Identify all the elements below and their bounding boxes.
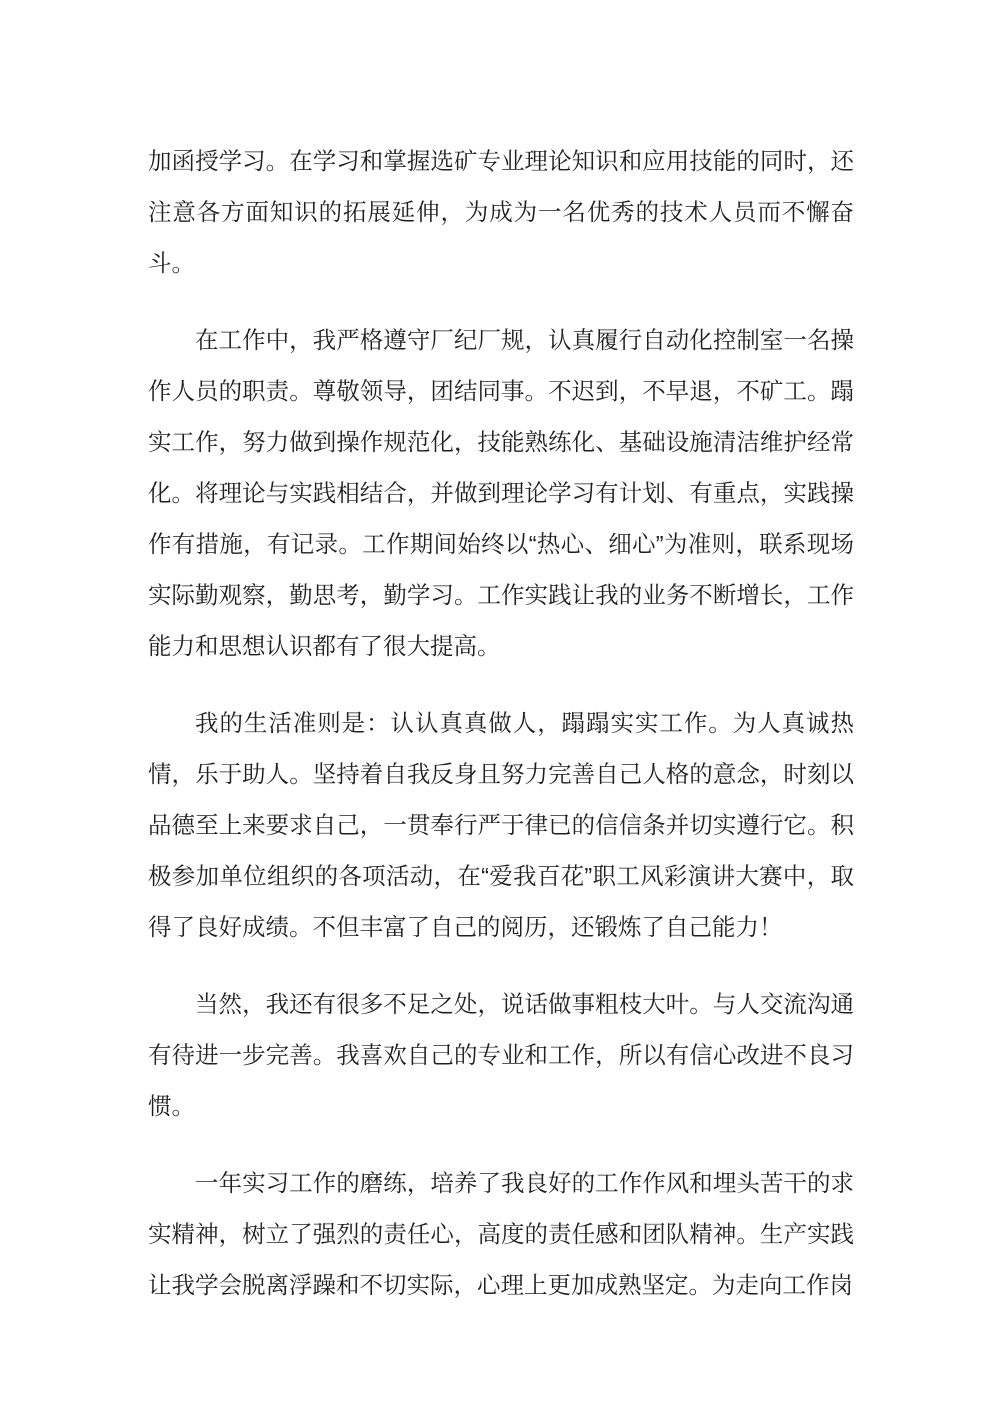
paragraph-1-continuation: 加函授学习。在学习和掌握选矿专业理论知识和应用技能的同时，还注意各方面知识的拓展…: [148, 136, 854, 289]
paragraph-4-shortcomings: 当然，我还有很多不足之处，说话做事粗枝大叶。与人交流沟通有待进一步完善。我喜欢自…: [148, 979, 854, 1132]
document-page: 加函授学习。在学习和掌握选矿专业理论知识和应用技能的同时，还注意各方面知识的拓展…: [0, 0, 1000, 1415]
document-content: 加函授学习。在学习和掌握选矿专业理论知识和应用技能的同时，还注意各方面知识的拓展…: [148, 136, 854, 1311]
paragraph-2-work-attitude: 在工作中，我严格遵守厂纪厂规，认真履行自动化控制室一名操作人员的职责。尊敬领导，…: [148, 315, 854, 672]
paragraph-5-internship-summary: 一年实习工作的磨练，培养了我良好的工作作风和埋头苦干的求实精神，树立了强烈的责任…: [148, 1158, 854, 1311]
paragraph-3-life-principles: 我的生活准则是：认认真真做人，蹋蹋实实工作。为人真诚热情，乐于助人。坚持着自我反…: [148, 698, 854, 953]
